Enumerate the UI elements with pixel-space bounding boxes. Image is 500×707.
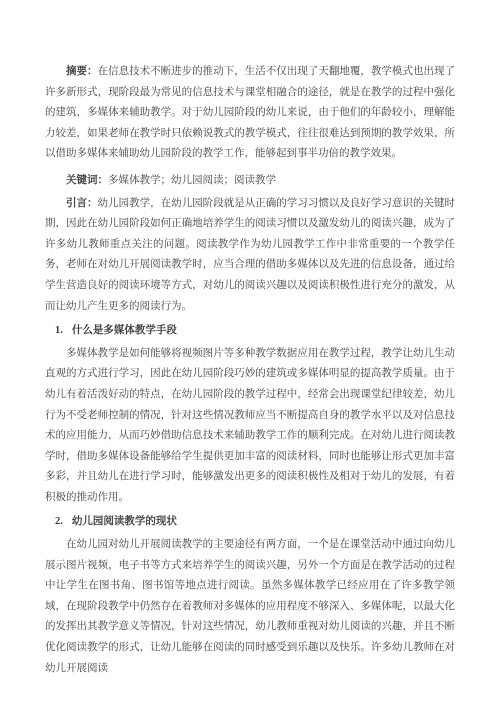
keywords-paragraph: 关键词：多媒体教学；幼儿园阅读；阅读教学 — [45, 171, 455, 192]
keywords-label: 关键词： — [66, 175, 108, 186]
keywords-text: 多媒体教学；幼儿园阅读；阅读教学 — [108, 175, 276, 186]
introduction-label: 引言： — [66, 198, 98, 209]
introduction-text: 幼儿园教学，在幼儿园阶段就是从正确的学习习惯以及良好学习意识的关键时期，因此在幼… — [45, 198, 455, 312]
abstract-paragraph: 摘要：在信息技术不断进步的推动下，生活不仅出现了天翻地覆，教学模式也出现了许多新… — [45, 62, 455, 165]
abstract-label: 摘要： — [66, 66, 98, 77]
abstract-text: 在信息技术不断进步的推动下，生活不仅出现了天翻地覆，教学模式也出现了许多新形式，… — [45, 66, 455, 159]
section-1-heading: 1.什么是多媒体教学手段 — [45, 321, 455, 342]
section-2-number: 2. — [55, 516, 63, 527]
section-1-body: 多媒体教学是如何能够将视频图片等多种教学数据应用在教学过程，教学让幼儿生动直观的… — [45, 344, 455, 509]
document-page: 摘要：在信息技术不断进步的推动下，生活不仅出现了天翻地覆，教学模式也出现了许多新… — [0, 0, 500, 707]
section-1-number: 1. — [55, 325, 63, 336]
introduction-paragraph: 引言：幼儿园教学，在幼儿园阶段就是从正确的学习习惯以及良好学习意识的关键时期，因… — [45, 194, 455, 318]
section-1-title: 什么是多媒体教学手段 — [72, 325, 177, 336]
section-2-heading: 2.幼儿园阅读教学的现状 — [45, 512, 455, 533]
section-2-body: 在幼儿园对幼儿开展阅读教学的主要途径有两方面，一个是在课堂活动中通过向幼儿展示图… — [45, 535, 455, 679]
section-2-title: 幼儿园阅读教学的现状 — [72, 516, 177, 527]
